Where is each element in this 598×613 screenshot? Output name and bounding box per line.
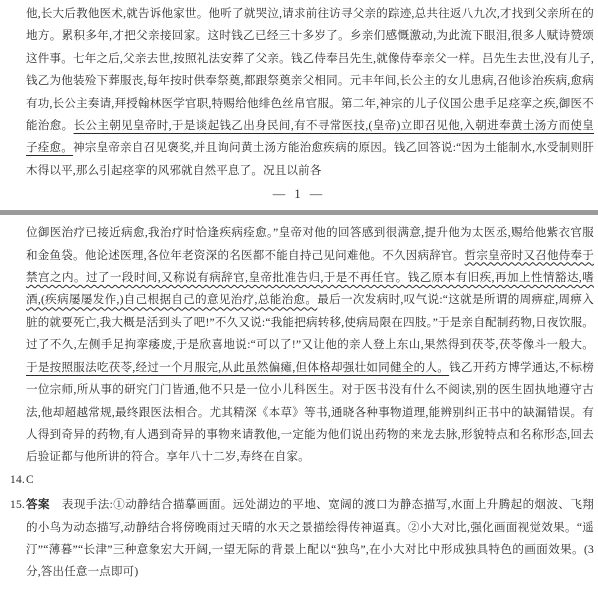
answer-sheet-page: 他,长大后教他医术,就告诉他家世。他听了就哭泣,请求前往访寻父亲的踪迹,总共往返… [0, 0, 598, 613]
page-divider [0, 210, 598, 215]
text-segment-normal: 他,长大后教他医术,就告诉他家世。他听了就哭泣,请求前往访寻父亲的踪迹,总共往返… [26, 8, 594, 132]
page-number: — 1 — [0, 183, 598, 205]
answer-body: 答案表现手法:①动静结合描摹画面。远处湖边的平地、宽阔的渡口为静态描写,水面上升… [26, 499, 594, 578]
answer-text: C [26, 474, 34, 486]
answer-text: 表现手法:①动静结合描摹画面。远处湖边的平地、宽阔的渡口为静态描写,水面上升腾起… [26, 499, 594, 578]
answer-label: 答案 [26, 499, 50, 511]
answer-list: 14. C 15. 答案表现手法:①动静结合描摹画面。远处湖边的平地、宽阔的渡口… [0, 469, 598, 584]
answer-number: 14. [10, 469, 25, 491]
text-segment-normal: 神宗皇帝亲自召见褒奖,并且询问黄土汤方能治愈疾病的原因。钱乙回答说:“因为土能制… [26, 142, 594, 176]
answer-item-14: 14. C [10, 469, 594, 491]
translation-text-page-2: 位御医治疗已接近病愈,我治疗时恰逢疾病痊愈。”皇帝对他的回答感到很满意,提升他为… [26, 222, 594, 468]
text-segment-normal: 钱乙开药方博学通达,不标榜一位宗师,所从事的研究门门皆通,他不只是一位小儿科医生… [26, 362, 594, 464]
answer-body: C [26, 474, 34, 486]
translation-text-page-1: 他,长大后教他医术,就告诉他家世。他听了就哭泣,请求前往访寻父亲的踪迹,总共往返… [26, 0, 594, 182]
answer-item-15: 15. 答案表现手法:①动静结合描摹画面。远处湖边的平地、宽阔的渡口为静态描写,… [10, 494, 594, 584]
text-segment-underline: 于是按照服法吃茯苓,经过一个月服完,从此虽然偏瘫,但体格却强壮如同健全的人。 [26, 362, 449, 374]
answer-number: 15. [10, 494, 25, 516]
